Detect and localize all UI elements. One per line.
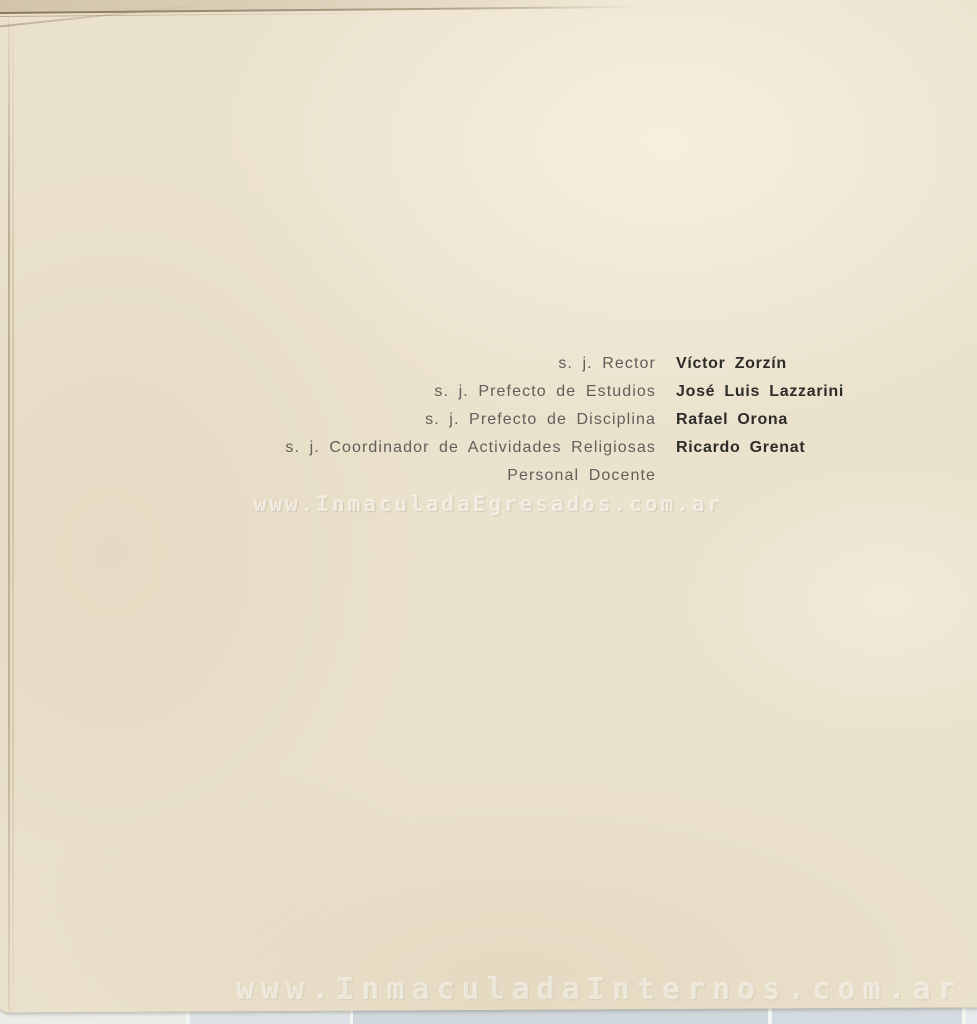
staff-name: Ricardo Grenat [676,439,805,457]
staff-role-label: s. j. Coordinador de Actividades Religio… [285,439,656,457]
staff-name: José Luis Lazzarini [676,383,844,401]
staff-name: Rafael Orona [676,411,788,429]
staff-row: s. j. Coordinador de Actividades Religio… [0,439,977,461]
staff-name: Víctor Zorzín [676,355,787,373]
staff-role-label: s. j. Prefecto de Disciplina [425,411,656,429]
staff-role-label: Personal Docente [507,467,656,485]
binding-crease [12,20,14,1010]
staff-role-label: s. j. Rector [558,355,656,373]
scanned-yearbook-photo: s. j. Rector Víctor Zorzín s. j. Prefect… [0,0,977,1024]
staff-row: s. j. Prefecto de Disciplina Rafael Oron… [0,411,977,433]
staff-role-label: s. j. Prefecto de Estudios [434,383,656,401]
scanned-page [0,0,977,1013]
binding-crease [8,20,10,1010]
staff-row: s. j. Prefecto de Estudios José Luis Laz… [0,383,977,405]
staff-row: s. j. Rector Víctor Zorzín [0,355,977,377]
staff-row: Personal Docente [0,467,977,489]
